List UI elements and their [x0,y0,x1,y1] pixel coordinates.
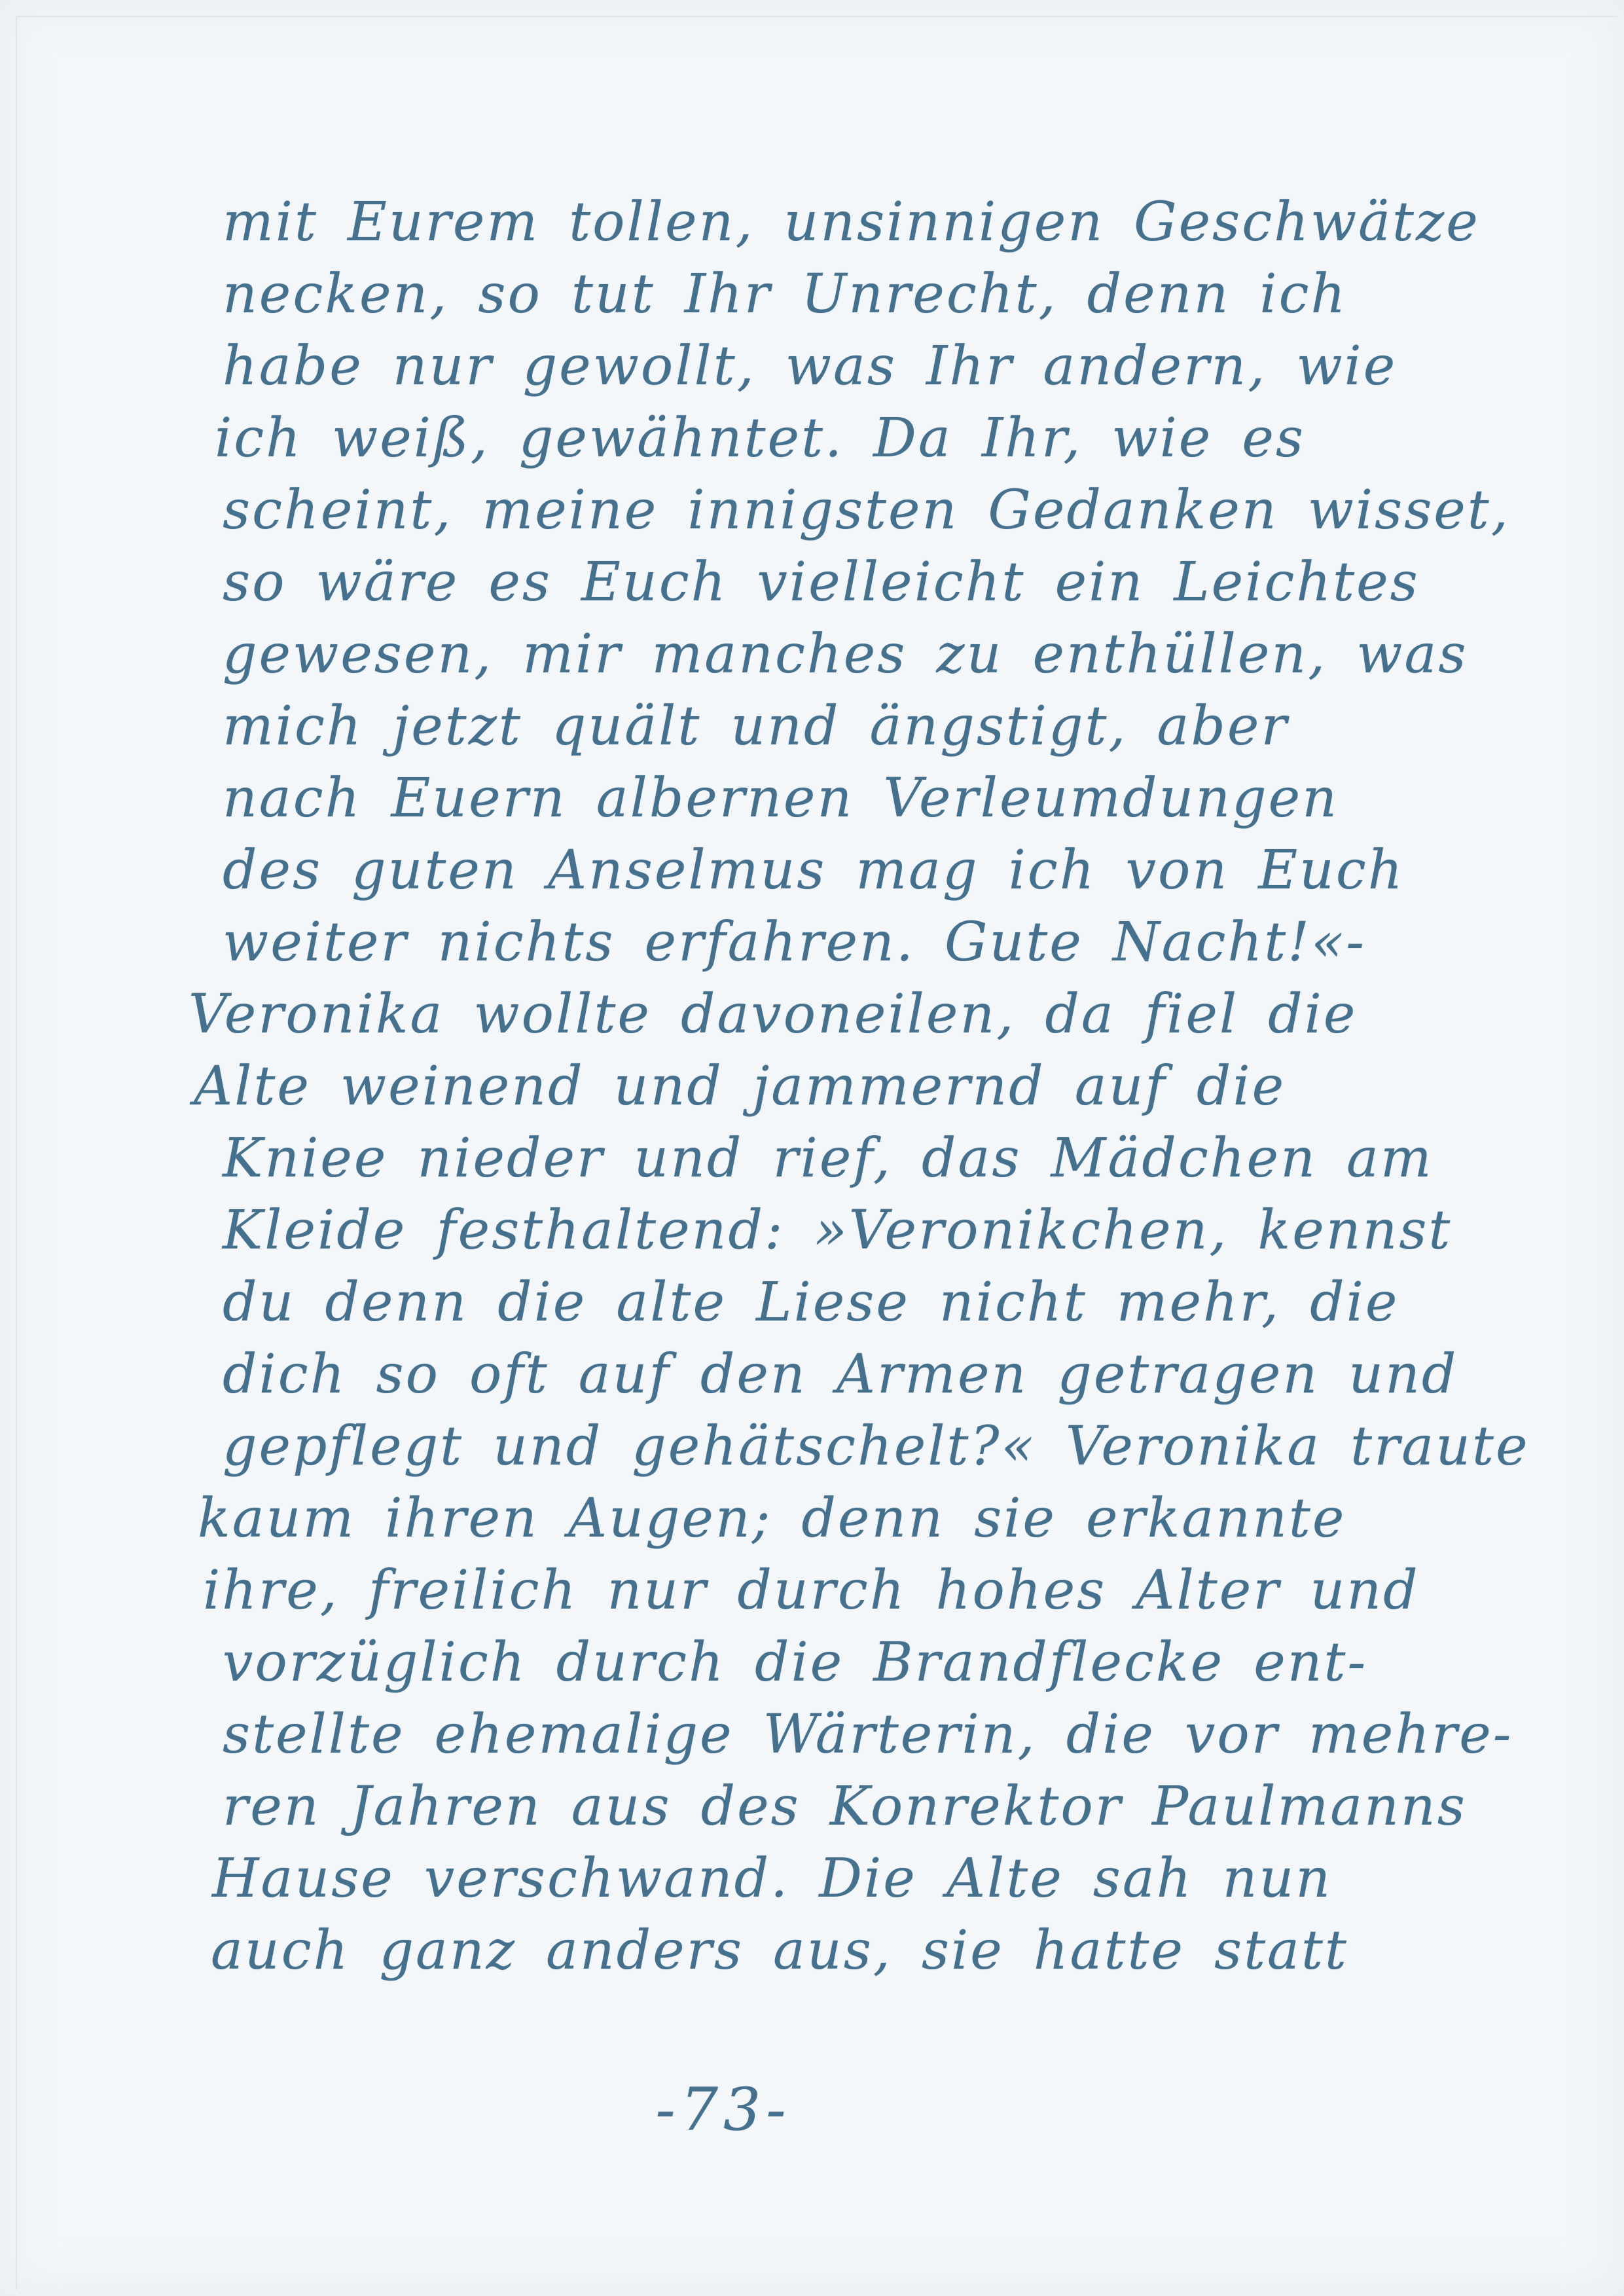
handwritten-line: mit Eurem tollen, unsinnigen Geschwätze [223,187,1529,259]
handwritten-line: auch ganz anders aus, sie hatte statt [211,1915,1529,1987]
handwritten-line: weiter nichts erfahren. Gute Nacht!«- [223,907,1529,979]
handwritten-line: Kniee nieder und rief, das Mädchen am [223,1123,1529,1195]
handwritten-line: nach Euern albernen Verleumdungen [223,763,1529,835]
handwritten-line: du denn die alte Liese nicht mehr, die [223,1267,1529,1339]
handwritten-line: mich jetzt quält und ängstigt, aber [223,691,1529,763]
page-number: -73- [0,2075,1447,2144]
handwritten-line: necken, so tut Ihr Unrecht, denn ich [223,259,1529,331]
handwritten-line: scheint, meine innigsten Gedanken wisset… [223,475,1529,547]
handwritten-line: habe nur gewollt, was Ihr andern, wie [223,331,1529,403]
handwritten-line: Alte weinend und jammernd auf die [194,1051,1529,1123]
handwritten-line: gepflegt und gehätschelt?« Veronika trau… [223,1411,1529,1483]
handwritten-line: dich so oft auf den Armen getragen und [223,1339,1529,1411]
manuscript-page: mit Eurem tollen, unsinnigen Geschwätze … [0,0,1624,2296]
handwritten-line: Hause verschwand. Die Alte sah nun [212,1843,1529,1915]
handwritten-line: so wäre es Euch vielleicht ein Leichtes [223,547,1529,619]
handwritten-line: ren Jahren aus des Konrektor Paulmanns [223,1771,1529,1843]
handwritten-line: kaum ihren Augen; denn sie erkannte [198,1483,1529,1555]
handwritten-line: ihre, freilich nur durch hohes Alter und [203,1555,1529,1627]
handwritten-line: vorzüglich durch die Brandflecke ent- [223,1627,1529,1699]
handwritten-line: ich weiß, gewähntet. Da Ihr, wie es [215,403,1529,475]
handwritten-line: Veronika wollte davoneilen, da fiel die [189,979,1529,1051]
handwritten-line: Kleide festhaltend: »Veronikchen, kennst [223,1195,1529,1267]
handwritten-line: gewesen, mir manches zu enthüllen, was [223,619,1529,691]
handwritten-line: des guten Anselmus mag ich von Euch [223,835,1529,907]
handwritten-line: stellte ehemalige Wärterin, die vor mehr… [223,1699,1529,1771]
handwritten-text-block: mit Eurem tollen, unsinnigen Geschwätze … [223,187,1529,1987]
